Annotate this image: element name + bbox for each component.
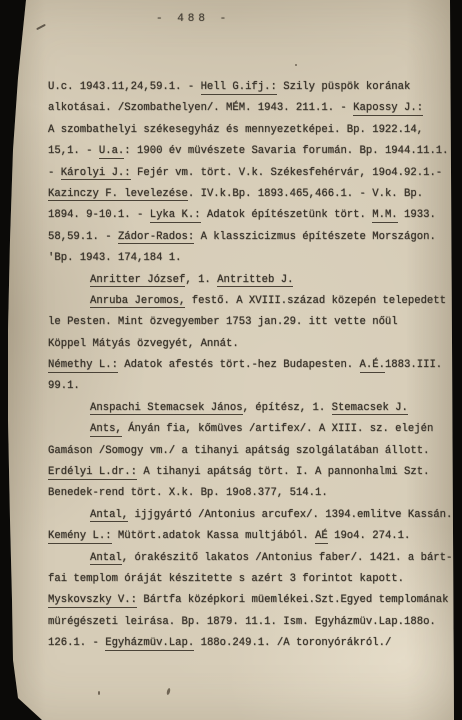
text-line: Kemény L.: Mütört.adatok Kassa multjából… [48,526,452,547]
underlined-text: Stemacsek J. [332,402,408,416]
text-line: Némethy L.: Adatok afestés tört.-hez Bud… [48,355,452,376]
text-line: Köppel Mátyás özvegyét, Annát. [48,334,452,355]
text-line: Kazinczy F. levelezése. IV.k.Bp. 1893.46… [48,184,452,205]
underlined-text: Ants, [90,423,122,437]
text-segment: ijjgyártó /Antonius arcufex/. 1394.emlit… [128,509,452,521]
text-segment: A klasszicizmus építészete Mországon. [194,231,436,243]
underlined-text: Anruba Jeromos, [90,295,185,309]
text-line: Anruba Jeromos, festő. A XVIII.század kö… [48,291,452,312]
text-line: 126.1. - Egyházmüv.Lap. 188o.249.1. /A t… [48,633,452,654]
text-segment: Adatok építészetünk tört. [201,209,373,221]
underlined-text: Kemény L.: [48,530,112,544]
text-segment: 15,1. - [48,145,99,157]
underlined-text: Anritter József [90,274,185,288]
underlined-text: Egyházmüv.Lap. [105,637,194,651]
page-number: - 488 - [156,13,230,25]
text-segment: U.c. 1943.11,24,59.1. - [48,81,201,93]
page-text: U.c. 1943.11,24,59.1. - Hell G.ifj.: Szi… [48,77,452,655]
text-segment: 'Bp. 1943. 174,184 1. [48,252,182,264]
text-line: Erdélyi L.dr.: A tihanyi apátság tört. I… [48,462,452,483]
ink-speck [166,688,171,696]
text-line: 'Bp. 1943. 174,184 1. [48,248,452,269]
text-line: Ants, Ányán fia, kőmüves /artifex/. A XI… [48,419,452,440]
text-line: 99.1. [48,376,452,397]
text-segment: , 1. [185,274,217,286]
text-line: 1894. 9-10.1. - Lyka K.: Adatok építésze… [48,205,452,226]
text-line: Benedek-rend tört. X.k. Bp. 19o8.377, 51… [48,483,452,504]
underlined-text: Kazinczy F. levelezése [48,188,188,202]
text-line: 15,1. - U.a.: 1900 év müvészete Savaria … [48,141,452,162]
text-segment: le Pesten. Mint özvegyember 1753 jan.29.… [48,316,398,328]
text-line: Gamáson /Somogy vm./ a tihanyi apátság s… [48,441,452,462]
text-segment: Gamáson /Somogy vm./ a tihanyi apátság s… [48,445,429,457]
text-line: alkotásai. /Szombathelyen/. MÉM. 1943. 2… [48,98,452,119]
text-line: mürégészeti leirása. Bp. 1879. 11.1. Ism… [48,612,452,633]
underlined-text: Károlyi J.: [61,167,131,181]
underlined-text: Antal, [90,509,128,523]
text-line: Myskovszky V.: Bártfa középkori müemléke… [48,590,452,611]
underlined-text: Hell G.ifj.: [201,81,277,95]
text-segment: 58,59.1. - [48,231,118,243]
text-segment: festő. A XVIII.század közepén telepedett [185,295,446,307]
text-line: le Pesten. Mint özvegyember 1753 jan.29.… [48,312,452,333]
underlined-text: Erdélyi L.dr.: [48,466,137,480]
text-segment: Szily püspök korának [277,81,411,93]
text-segment: , építész, 1. [243,402,332,414]
text-line: U.c. 1943.11,24,59.1. - Hell G.ifj.: Szi… [48,77,452,98]
underlined-text: A.É. [360,359,385,373]
underlined-text: M.M. [372,209,397,223]
text-segment: 19o4. 274.1. [328,530,411,542]
text-line: Anritter József, 1. Antritteb J. [48,270,452,291]
text-segment: mürégészeti leirása. Bp. 1879. 11.1. Ism… [48,616,436,628]
text-segment: 126.1. - [48,637,105,649]
text-segment: Benedek-rend tört. X.k. Bp. 19o8.377, 51… [48,487,328,499]
text-line: A szombathelyi székesegyház és mennyezet… [48,120,452,141]
text-segment: Ányán fia, kőmüves /artifex/. A XIII. sz… [122,423,434,435]
text-segment: : 1900 év müvészete Savaria forumán. Bp.… [124,145,448,157]
text-segment: 1894. 9-10.1. - [48,209,150,221]
text-segment: Bártfa középkori müemlékei.Szt.Egyed tem… [137,594,449,606]
ink-speck [98,691,100,695]
underlined-text: Zádor-Rados: [118,231,194,245]
underlined-text: Myskovszky V.: [48,594,137,608]
ink-speck [295,64,297,66]
text-line: Antal, ijjgyártó /Antonius arcufex/. 139… [48,505,452,526]
text-segment: alkotásai. /Szombathelyen/. MÉM. 1943. 2… [48,102,353,114]
text-segment: . IV.k.Bp. 1893.465,466.1. - V.k. Bp. [188,188,423,200]
text-segment: fai templom óráját készitette s azért 3 … [48,573,404,585]
text-segment: 1933. [398,209,436,221]
underlined-text: Lyka K.: [150,209,201,223]
underlined-text: Anspachi Stemacsek János [90,402,243,416]
pen-mark [36,24,46,30]
scanned-page-background: - 488 - U.c. 1943.11,24,59.1. - Hell G.i… [0,0,462,720]
underlined-text: Antal [90,552,122,566]
underlined-text: U.a. [99,145,124,159]
book-page: - 488 - U.c. 1943.11,24,59.1. - Hell G.i… [0,0,462,720]
text-segment: Adatok afestés tört.-hez Budapesten. [118,359,360,371]
underlined-text: AÉ [315,530,328,544]
text-line: 58,59.1. - Zádor-Rados: A klasszicizmus … [48,227,452,248]
text-segment: 99.1. [48,380,80,392]
underlined-text: Némethy L.: [48,359,118,373]
text-segment: 1883.III. [385,359,442,371]
text-segment: A szombathelyi székesegyház és mennyezet… [48,124,423,136]
text-line: Antal, órakészitő lakatos /Antonius fabe… [48,548,452,569]
text-segment: Fejér vm. tört. V.k. Székesfehérvár, 19o… [131,167,443,179]
text-line: Anspachi Stemacsek János, építész, 1. St… [48,398,452,419]
text-segment: A tihanyi apátság tört. I. A pannonhalmi… [137,466,429,478]
text-segment: 188o.249.1. /A toronyórákról./ [194,637,391,649]
text-segment: - [48,167,61,179]
text-segment: , órakészitő lakatos /Antonius faber/. 1… [122,552,453,564]
text-line: - Károlyi J.: Fejér vm. tört. V.k. Széke… [48,163,452,184]
text-line: fai templom óráját készitette s azért 3 … [48,569,452,590]
underlined-text: Kapossy J.: [353,102,423,116]
text-segment: Mütört.adatok Kassa multjából. [112,530,315,542]
text-segment: Köppel Mátyás özvegyét, Annát. [48,338,239,350]
underlined-text: Antritteb J. [217,274,293,288]
